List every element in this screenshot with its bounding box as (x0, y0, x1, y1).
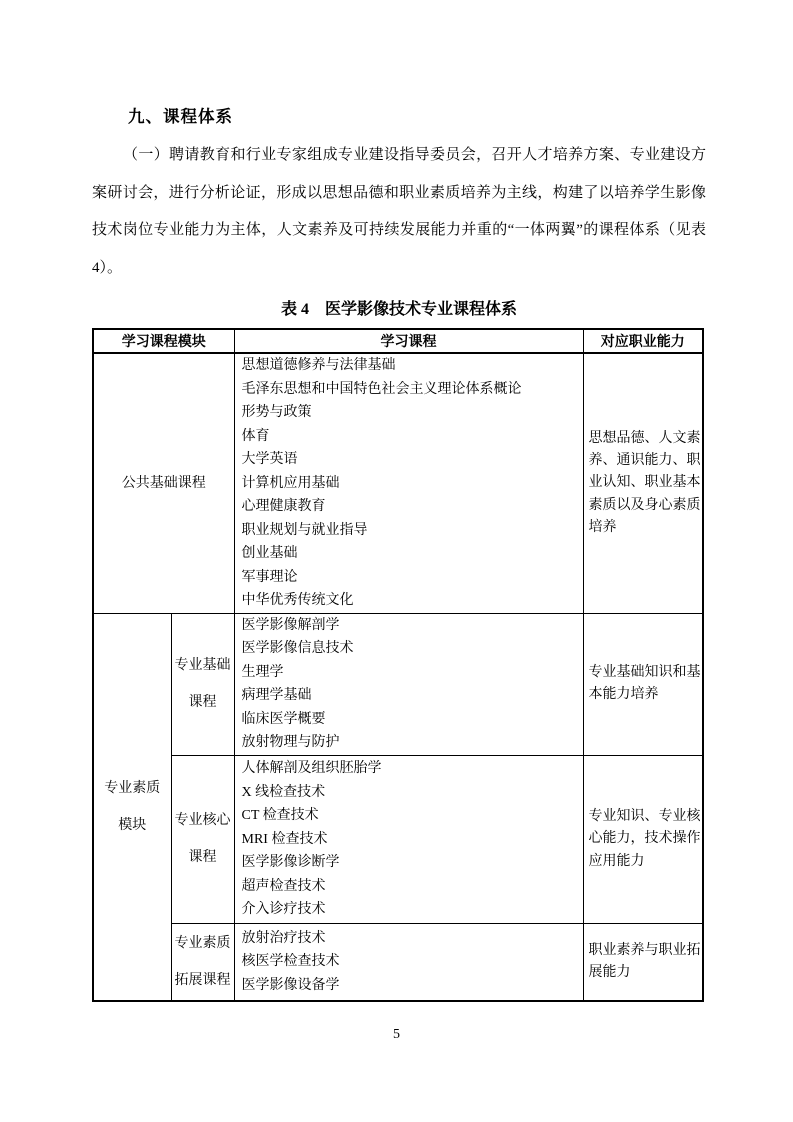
submodule-cell-professional-core: 专业核心课程 (171, 755, 234, 923)
courses-cell-public-basic: 思想道德修养与法律基础 毛泽东思想和中国特色社会主义理论体系概论 形势与政策 体… (234, 353, 583, 613)
ability-cell-professional-expansion: 职业素养与职业拓展能力 (583, 923, 703, 1001)
column-header-module: 学习课程模块 (93, 329, 234, 353)
document-content: 九、课程体系 （一）聘请教育和行业专家组成专业建设指导委员会，召开人才培养方案、… (92, 106, 706, 1002)
body-paragraph: （一）聘请教育和行业专家组成专业建设指导委员会，召开人才培养方案、专业建设方案研… (92, 137, 706, 287)
ability-cell-professional-basic: 专业基础知识和基本能力培养 (583, 613, 703, 755)
ability-cell-public-basic: 思想品德、人文素养、通识能力、职业认知、职业基本素质以及身心素质培养 (583, 353, 703, 613)
table-row-public-basic: 公共基础课程 思想道德修养与法律基础 毛泽东思想和中国特色社会主义理论体系概论 … (93, 353, 703, 613)
page-number: 5 (0, 1026, 793, 1044)
courses-cell-professional-core: 人体解剖及组织胚胎学 X 线检查技术 CT 检查技术 MRI 检查技术 医学影像… (234, 755, 583, 923)
ability-cell-professional-core: 专业知识、专业核心能力，技术操作应用能力 (583, 755, 703, 923)
column-header-ability: 对应职业能力 (583, 329, 703, 353)
section-heading: 九、课程体系 (92, 106, 706, 128)
table-row-professional-basic: 专业素质模块 专业基础课程 医学影像解剖学 医学影像信息技术 生理学 病理学基础… (93, 613, 703, 755)
table-row-professional-expansion: 专业素质拓展课程 放射治疗技术 核医学检查技术 医学影像设备学 职业素养与职业拓… (93, 923, 703, 1001)
module-cell-public-basic: 公共基础课程 (93, 353, 234, 613)
curriculum-table: 学习课程模块 学习课程 对应职业能力 公共基础课程 思想道德修养与法律基础 毛泽… (92, 328, 704, 1002)
table-row-professional-core: 专业核心课程 人体解剖及组织胚胎学 X 线检查技术 CT 检查技术 MRI 检查… (93, 755, 703, 923)
submodule-cell-professional-expansion: 专业素质拓展课程 (171, 923, 234, 1001)
document-page: 九、课程体系 （一）聘请教育和行业专家组成专业建设指导委员会，召开人才培养方案、… (0, 0, 793, 1122)
module-cell-professional-quality: 专业素质模块 (93, 613, 171, 1001)
table-header-row: 学习课程模块 学习课程 对应职业能力 (93, 329, 703, 353)
courses-cell-professional-expansion: 放射治疗技术 核医学检查技术 医学影像设备学 (234, 923, 583, 1001)
column-header-courses: 学习课程 (234, 329, 583, 353)
courses-cell-professional-basic: 医学影像解剖学 医学影像信息技术 生理学 病理学基础 临床医学概要 放射物理与防… (234, 613, 583, 755)
submodule-cell-professional-basic: 专业基础课程 (171, 613, 234, 755)
table-caption: 表 4 医学影像技术专业课程体系 (92, 300, 706, 320)
